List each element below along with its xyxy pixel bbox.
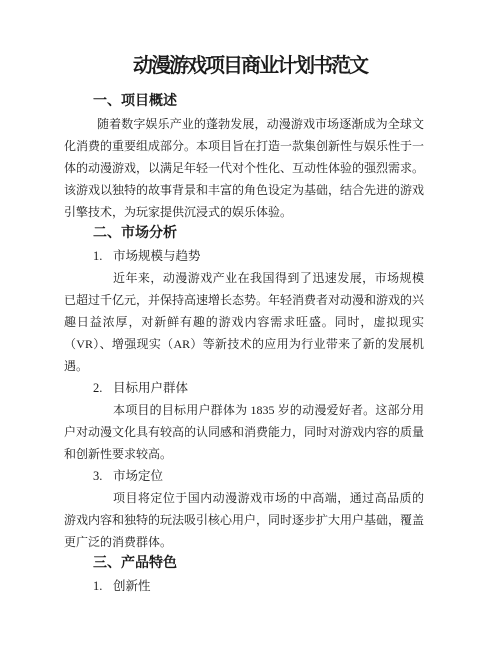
paragraph-market-size: 近年来，动漫游戏产业在我国得到了迅速发展，市场规模已超过千亿元，并保持高速增长态… [64, 267, 424, 377]
list-item-label: 市场规模与趋势 [113, 249, 201, 263]
list-item-market-position: 3.市场定位 [64, 465, 424, 487]
section-heading-product-features: 三、产品特色 [64, 553, 424, 575]
list-item-number: 3. [93, 465, 113, 487]
list-item-label: 市场定位 [113, 469, 163, 483]
list-item-target-group: 2.目标用户群体 [64, 377, 424, 399]
list-item-innovation: 1.创新性 [64, 575, 424, 597]
page-title: 动漫游戏项目商业计划书范文 [0, 50, 500, 83]
section-heading-project-overview: 一、项目概述 [64, 91, 424, 113]
paragraph-overview: 随着数字娱乐产业的蓬勃发展，动漫游戏市场逐渐成为全球文化消费的重要组成部分。本项… [64, 113, 424, 223]
document-page: 动漫游戏项目商业计划书范文 一、项目概述 随着数字娱乐产业的蓬勃发展，动漫游戏市… [0, 0, 500, 647]
paragraph-target-users: 本项目的目标用户群体为 1835 岁的动漫爱好者。这部分用户对动漫文化具有较高的… [64, 399, 424, 465]
list-item-label: 目标用户群体 [113, 381, 188, 395]
list-item-number: 2. [93, 377, 113, 399]
paragraph-positioning: 项目将定位于国内动漫游戏市场的中高端，通过高品质的游戏内容和独特的玩法吸引核心用… [64, 487, 424, 553]
list-item-number: 1. [93, 245, 113, 267]
list-item-market-scale: 1.市场规模与趋势 [64, 245, 424, 267]
list-item-number: 1. [93, 575, 113, 597]
list-item-label: 创新性 [113, 579, 151, 593]
section-heading-market-analysis: 二、市场分析 [64, 223, 424, 245]
